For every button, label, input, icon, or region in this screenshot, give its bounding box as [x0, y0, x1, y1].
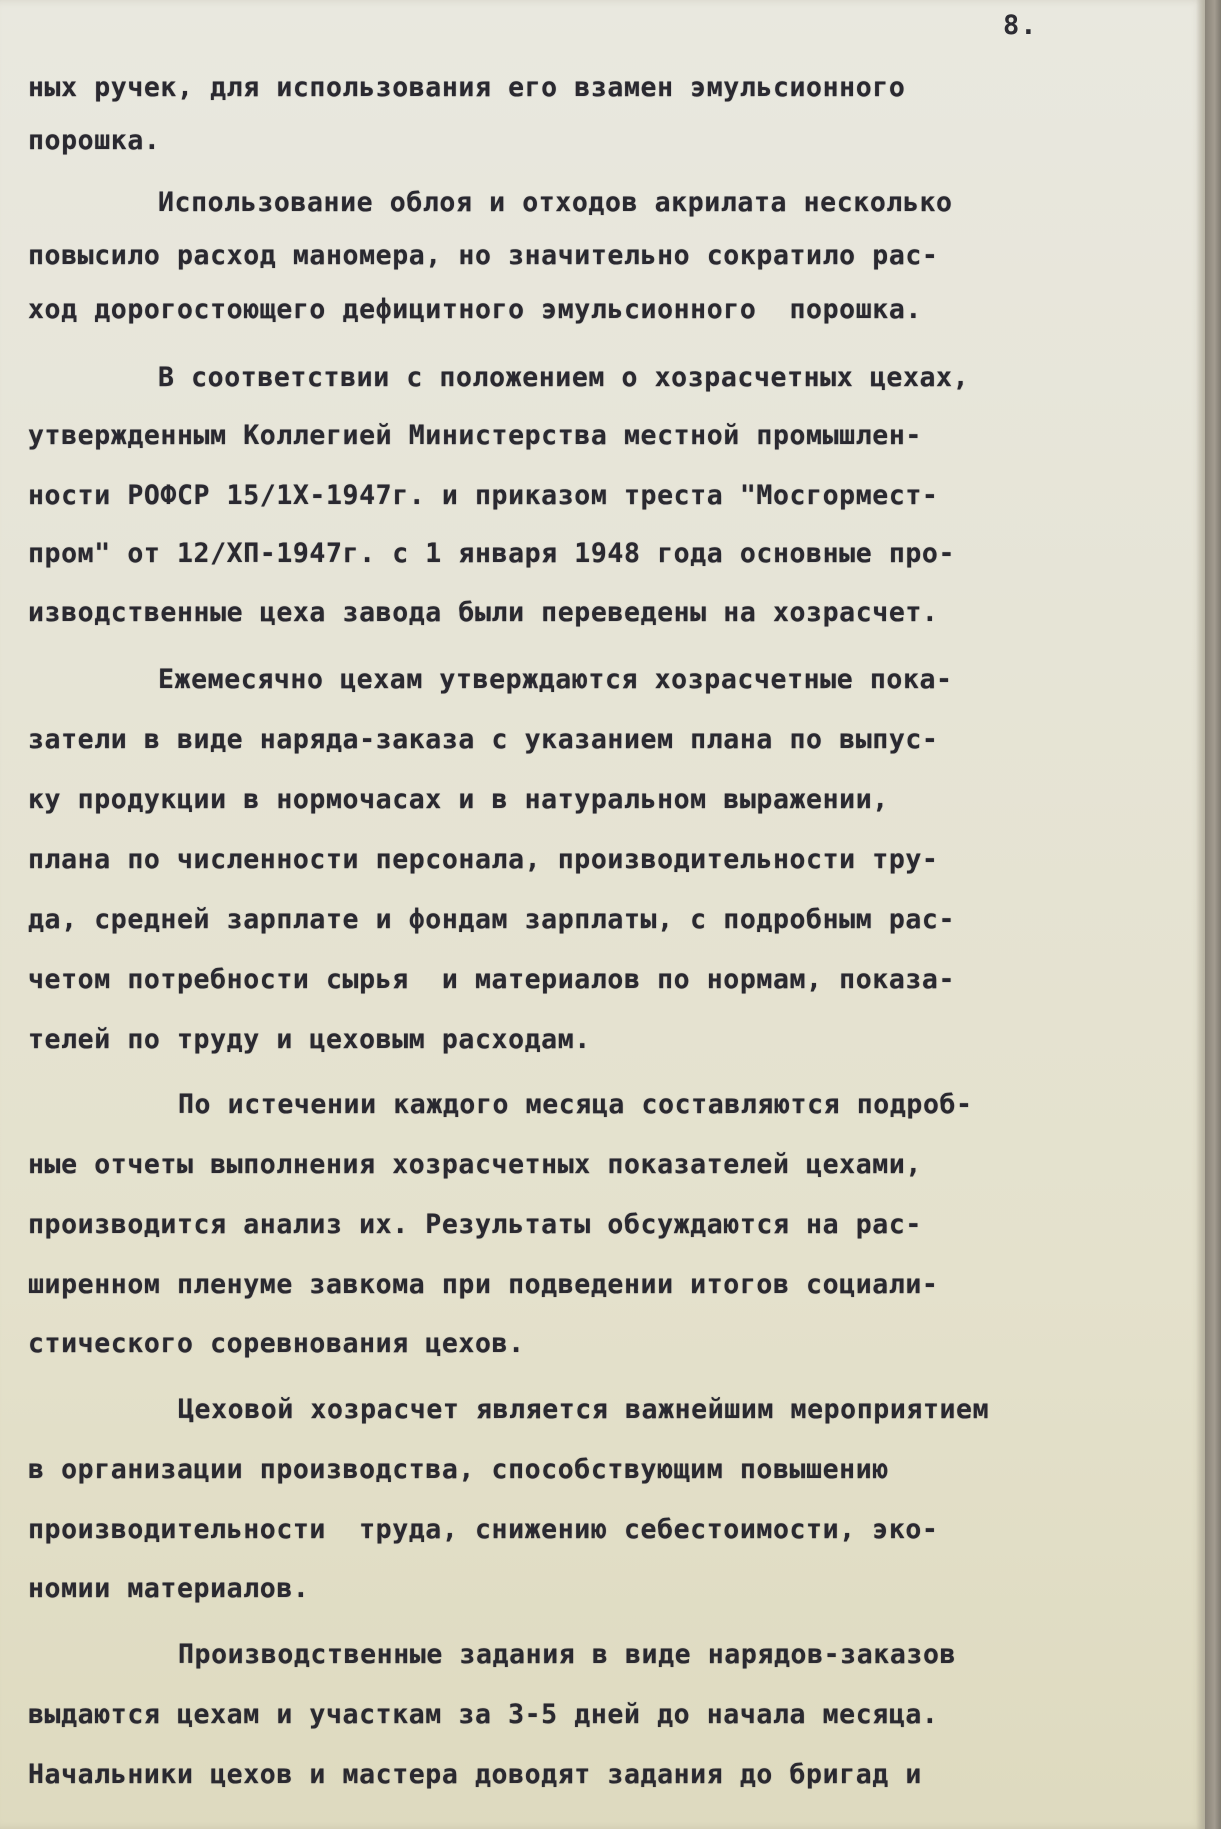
text-line: ные отчеты выполнения хозрасчетных показ… — [28, 1149, 922, 1180]
text-line: ности РОФСР 15/1Х-1947г. и приказом трес… — [28, 480, 939, 511]
text-line: четом потребности сырья и материалов по … — [28, 964, 955, 995]
text-line: стического соревнования цехов. — [28, 1328, 525, 1359]
text-line: изводственные цеха завода были переведен… — [28, 597, 939, 628]
paragraph-start-line: Использование облоя и отходов акрилата н… — [158, 187, 953, 218]
text-line: пром" от 12/ХП-1947г. с 1 января 1948 го… — [28, 538, 955, 569]
text-line: утвержденным Коллегией Министерства мест… — [28, 420, 922, 451]
text-line: в организации производства, способствующ… — [28, 1454, 889, 1485]
text-line: ку продукции в нормочасах и в натурально… — [28, 784, 889, 815]
paragraph-start-line: В соответствии с положением о хозрасчетн… — [158, 362, 969, 393]
text-line: порошка. — [28, 125, 160, 156]
text-line: плана по численности персонала, производ… — [28, 844, 939, 875]
text-line: Начальники цехов и мастера доводят задан… — [28, 1759, 922, 1790]
text-line: производится анализ их. Результаты обсуж… — [28, 1209, 922, 1240]
paragraph-start-line: По истечении каждого месяца составляются… — [178, 1089, 973, 1120]
typewritten-page: 8. ных ручек, для использования его взам… — [0, 0, 1205, 1829]
text-line: ширенном пленуме завкома при подведении … — [28, 1269, 939, 1300]
background-surface — [1205, 0, 1221, 1829]
text-line: ход дорогостоющего дефицитного эмульсион… — [28, 294, 922, 325]
text-line: номии материалов. — [28, 1573, 309, 1604]
text-line: производительности труда, снижению себес… — [28, 1514, 939, 1545]
text-line: ных ручек, для использования его взамен … — [28, 72, 905, 103]
text-line: затели в виде наряда-заказа с указанием … — [28, 724, 939, 755]
paragraph-start-line: Цеховой хозрасчет является важнейшим мер… — [178, 1394, 989, 1425]
paragraph-start-line: Ежемесячно цехам утверждаются хозрасчетн… — [158, 664, 953, 695]
text-line: да, средней зарплате и фондам зарплаты, … — [28, 904, 955, 935]
text-line: телей по труду и цеховым расходам. — [28, 1024, 591, 1055]
page-number: 8. — [1003, 10, 1038, 41]
text-line: повысило расход маномера, но значительно… — [28, 240, 939, 271]
paragraph-start-line: Производственные задания в виде нарядов-… — [178, 1639, 956, 1670]
text-line: выдаются цехам и участкам за 3-5 дней до… — [28, 1699, 939, 1730]
paper-edge — [1196, 0, 1205, 1829]
